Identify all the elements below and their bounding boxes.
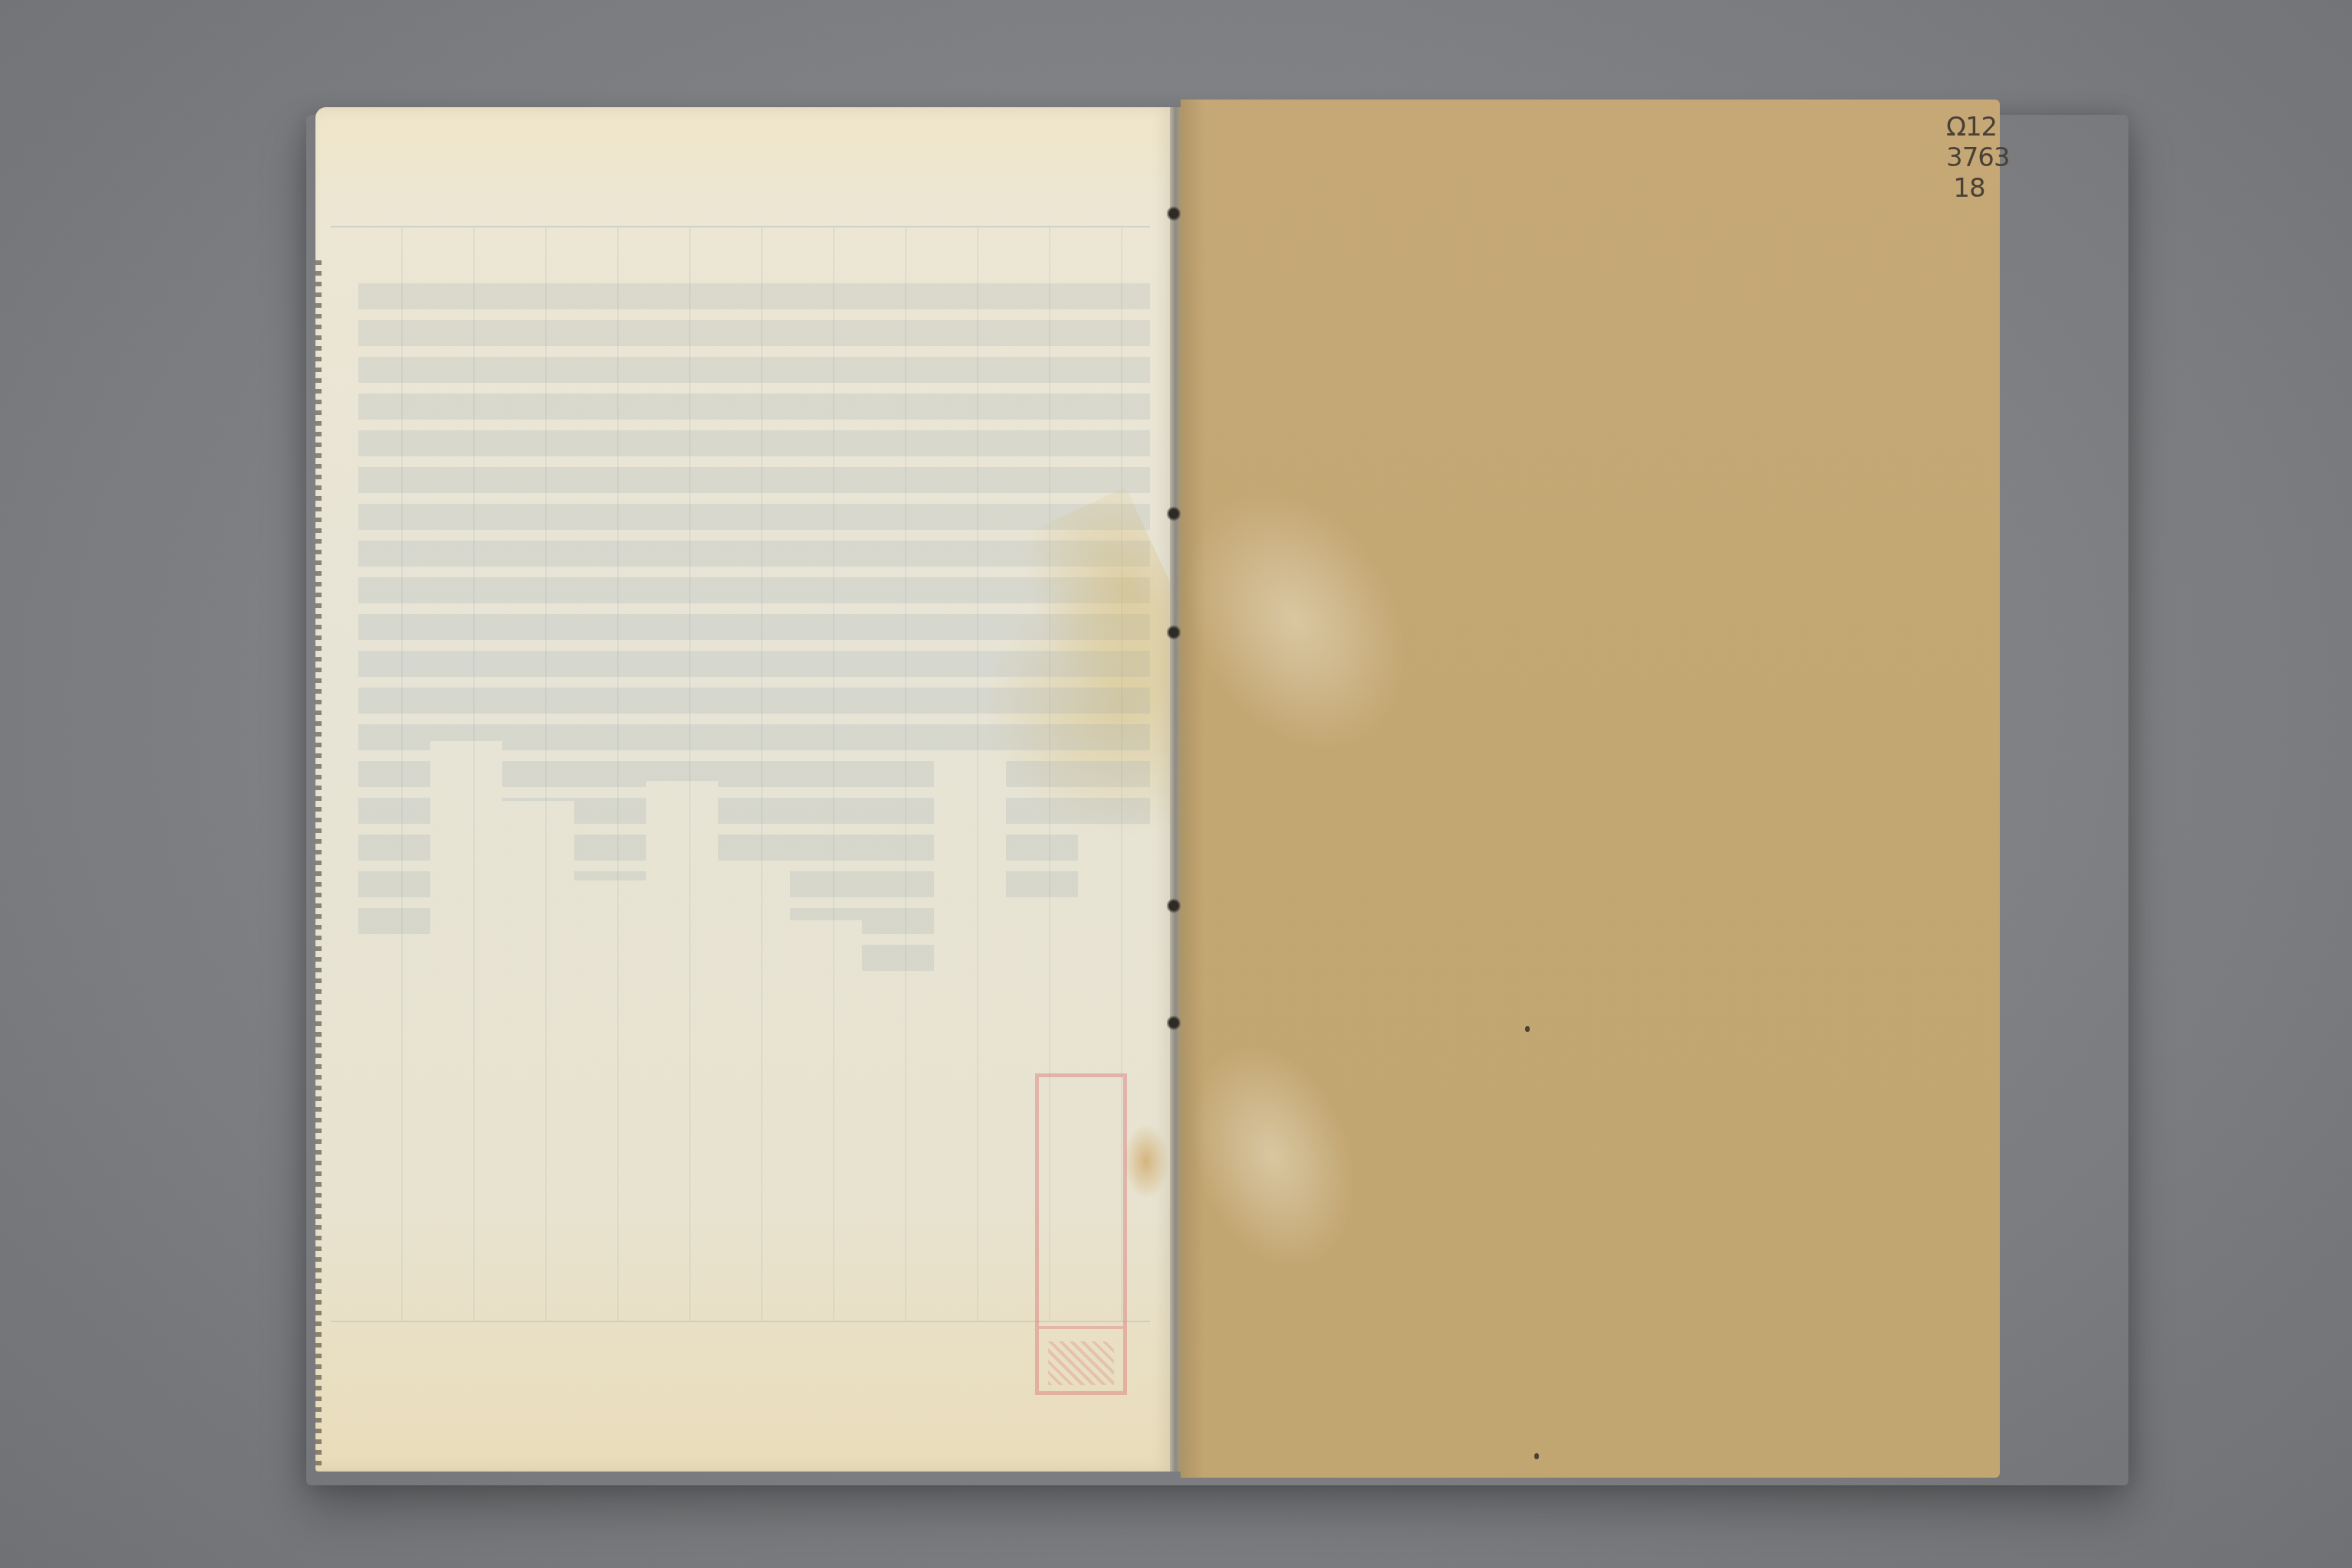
ghost-text-column bbox=[646, 283, 718, 1279]
show-through-text bbox=[338, 283, 1150, 1279]
cover-abrasion bbox=[1161, 1022, 1384, 1290]
ghost-text-column bbox=[574, 283, 646, 1279]
right-cover: Ω12 3763 18 bbox=[1181, 100, 2000, 1478]
ghost-text-column bbox=[862, 283, 934, 1279]
seal-characters bbox=[1048, 1341, 1114, 1385]
cover-abrasion bbox=[1140, 451, 1450, 789]
cover-speck bbox=[1525, 1026, 1530, 1032]
frame-rule-bottom bbox=[331, 1321, 1150, 1322]
page-edge-stain bbox=[315, 260, 322, 1470]
call-number-line-3: 18 bbox=[1946, 173, 1992, 204]
binding-stitch bbox=[1167, 624, 1181, 641]
cover-speck bbox=[1534, 1453, 1539, 1459]
seal-divider bbox=[1039, 1326, 1123, 1329]
ghost-text-column bbox=[718, 283, 790, 1279]
ghost-text-column bbox=[934, 283, 1006, 1279]
red-seal-stamp bbox=[1035, 1073, 1127, 1395]
binding-stitch bbox=[1167, 1014, 1181, 1031]
binding-stitch bbox=[1167, 205, 1181, 222]
ghost-text-column bbox=[358, 283, 430, 1279]
ghost-text-column bbox=[502, 283, 574, 1279]
spine-gutter bbox=[1170, 107, 1181, 1472]
call-number-line-2: 3763 bbox=[1946, 142, 1992, 173]
foxing-stain bbox=[1123, 1123, 1169, 1200]
ghost-text-column bbox=[430, 283, 502, 1279]
photo-scene: Ω12 3763 18 bbox=[0, 0, 2352, 1568]
binding-stitch bbox=[1167, 897, 1181, 914]
ghost-text-column bbox=[790, 283, 862, 1279]
binding-stitch bbox=[1167, 505, 1181, 522]
handwritten-call-number: Ω12 3763 18 bbox=[1946, 112, 1992, 204]
call-number-line-1: Ω12 bbox=[1946, 112, 1992, 142]
left-page bbox=[315, 107, 1173, 1472]
